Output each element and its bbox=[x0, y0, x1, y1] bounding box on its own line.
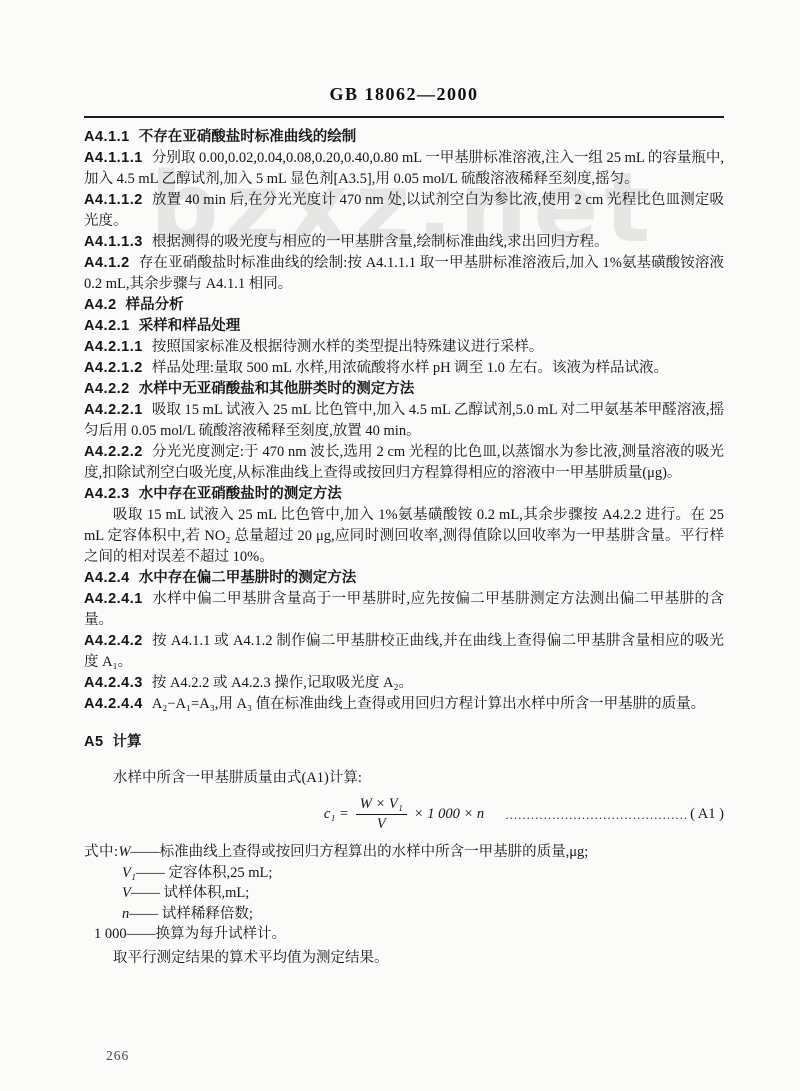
clause-paragraph: A4.2.2.2分光光度测定:于 470 nm 波长,选用 2 cm 光程的比色… bbox=[84, 442, 724, 484]
clause-text: 分别取 0.00,0.02,0.04,0.08,0.20,0.40,0.80 m… bbox=[84, 150, 724, 187]
where-description: ——换算为每升试样计。 bbox=[127, 926, 287, 942]
clause-text: 按照国家标准及根据待测水样的类型提出特殊建议进行采样。 bbox=[152, 339, 544, 355]
calc-intro-text: 水样中所含一甲基肼质量由式(A1)计算: bbox=[84, 768, 724, 789]
where-term: W bbox=[119, 844, 131, 860]
clause-text: A₂−A₁=A₃,用 A₃ 值在标准曲线上查得或用回归方程计算出水样中所含一甲基… bbox=[152, 696, 705, 712]
clause-number: A4.2.2.2 bbox=[84, 444, 143, 460]
formula-expression: c₁ = W × V₁ V × 1 000 × n bbox=[324, 796, 484, 833]
clause-paragraph: A4.2样品分析 bbox=[84, 295, 724, 316]
where-prefix: 式中: bbox=[84, 844, 119, 860]
clause-paragraph: A4.2.2.1吸取 15 mL 试液入 25 mL 比色管中,加入 4.5 m… bbox=[84, 400, 724, 442]
clause-number: A4.1.1.2 bbox=[84, 192, 143, 208]
clause-number: A4.1.1 bbox=[84, 129, 130, 145]
formula-leader-dots: ........................................… bbox=[505, 807, 688, 823]
header-rule bbox=[84, 116, 724, 118]
clause-text: 按 A4.2.2 或 A4.2.3 操作,记取吸光度 A₂。 bbox=[152, 675, 413, 691]
clause-number: A4.2.1.2 bbox=[84, 360, 143, 376]
clause-list: A4.1.1不存在亚硝酸盐时标准曲线的绘制 A4.1.1.1分别取 0.00,0… bbox=[84, 127, 724, 715]
clause-paragraph: A4.2.1采样和样品处理 bbox=[84, 316, 724, 337]
section-a5-heading: A5计算 bbox=[84, 732, 724, 753]
clause-number: A4.2.4 bbox=[84, 570, 130, 586]
clause-number: A4.2.4.2 bbox=[84, 633, 143, 649]
clause-text: 水样中无亚硝酸盐和其他肼类时的测定方法 bbox=[139, 381, 415, 397]
clause-text: 样品处理:量取 500 mL 水样,用浓硫酸将水样 pH 调至 1.0 左右。该… bbox=[152, 360, 668, 376]
clause-paragraph: A4.2.2水样中无亚硝酸盐和其他肼类时的测定方法 bbox=[84, 379, 724, 400]
formula-term-definition: 式中:W——标准曲线上查得或按回归方程算出的水样中所含一甲基肼的质量,μg; bbox=[84, 842, 724, 863]
standard-code-header: GB 18062—2000 bbox=[84, 84, 724, 105]
where-description: —— 试样稀释倍数; bbox=[129, 906, 253, 922]
clause-paragraph: A4.1.1.1分别取 0.00,0.02,0.04,0.08,0.20,0.4… bbox=[84, 148, 724, 190]
clause-paragraph: A4.1.1.2放置 40 min 后,在分光光度计 470 nm 处,以试剂空… bbox=[84, 190, 724, 232]
clause-text: 采样和样品处理 bbox=[139, 318, 241, 334]
section-a5-number: A5 bbox=[84, 734, 104, 750]
section-a5-title: 计算 bbox=[113, 734, 142, 750]
clause-paragraph: A4.2.3水中存在亚硝酸盐时的测定方法 bbox=[84, 484, 724, 505]
formula-lhs: c₁ = bbox=[324, 806, 349, 823]
clause-number: A4.2.4.1 bbox=[84, 591, 143, 607]
formula-term-definition: n—— 试样稀释倍数; bbox=[122, 904, 724, 925]
clause-text: 水中存在亚硝酸盐时的测定方法 bbox=[139, 486, 342, 502]
clause-paragraph: A4.2.4.4A₂−A₁=A₃,用 A₃ 值在标准曲线上查得或用回归方程计算出… bbox=[84, 694, 724, 715]
clause-text: 水中存在偏二甲基肼时的测定方法 bbox=[139, 570, 357, 586]
clause-text: 样品分析 bbox=[126, 297, 184, 313]
where-description: —— 试样体积,mL; bbox=[131, 885, 249, 901]
clause-text: 存在亚硝酸盐时标准曲线的绘制:按 A4.1.1.1 取一甲基肼标准溶液后,加入 … bbox=[84, 255, 724, 292]
clause-text: 吸取 15 mL 试液入 25 mL 比色管中,加入 1%氨基磺酸铵 0.2 m… bbox=[84, 507, 724, 565]
where-description: ——标准曲线上查得或按回归方程算出的水样中所含一甲基肼的质量,μg; bbox=[131, 844, 589, 860]
scanned-standard-page: bzxz.net GB 18062—2000 A4.1.1不存在亚硝酸盐时标准曲… bbox=[0, 0, 800, 1091]
clause-number: A4.2.3 bbox=[84, 486, 130, 502]
clause-paragraph: A4.2.4.2按 A4.1.1 或 A4.1.2 制作偏二甲基肼校正曲线,并在… bbox=[84, 631, 724, 673]
clause-paragraph: A4.1.2存在亚硝酸盐时标准曲线的绘制:按 A4.1.1.1 取一甲基肼标准溶… bbox=[84, 253, 724, 295]
clause-text: 水样中偏二甲基肼含量高于一甲基肼时,应先按偏二甲基肼测定方法测出偏二甲基肼的含量… bbox=[84, 591, 724, 628]
formula-term-definition: V₁—— 定容体积,25 mL; bbox=[122, 863, 724, 884]
clause-number: A4.1.1.1 bbox=[84, 150, 143, 166]
clause-text: 不存在亚硝酸盐时标准曲线的绘制 bbox=[139, 129, 357, 145]
formula-term-definitions: 式中:W——标准曲线上查得或按回归方程算出的水样中所含一甲基肼的质量,μg; V… bbox=[84, 842, 724, 945]
clause-paragraph: A4.2.4.1水样中偏二甲基肼含量高于一甲基肼时,应先按偏二甲基肼测定方法测出… bbox=[84, 589, 724, 631]
formula-label: ( A1 ) bbox=[688, 806, 724, 823]
clause-text: 分光光度测定:于 470 nm 波长,选用 2 cm 光程的比色皿,以蒸馏水为参… bbox=[84, 444, 724, 481]
clause-text: 吸取 15 mL 试液入 25 mL 比色管中,加入 4.5 mL 乙醇试剂,5… bbox=[84, 402, 724, 439]
formula-leader: ........................................… bbox=[484, 806, 724, 823]
formula-numerator: W × V₁ bbox=[356, 796, 407, 815]
clause-number: A4.2.1.1 bbox=[84, 339, 143, 355]
clause-paragraph: A4.2.4水中存在偏二甲基肼时的测定方法 bbox=[84, 568, 724, 589]
where-term: 1 000 bbox=[94, 926, 127, 942]
clause-number: A4.2.4.3 bbox=[84, 675, 143, 691]
formula-fraction: W × V₁ V bbox=[356, 796, 407, 833]
clause-number: A4.2.1 bbox=[84, 318, 130, 334]
where-description: —— 定容体积,25 mL; bbox=[136, 865, 273, 881]
clause-paragraph: A4.1.1不存在亚硝酸盐时标准曲线的绘制 bbox=[84, 127, 724, 148]
clause-number: A4.2.4.4 bbox=[84, 696, 143, 712]
content-column: GB 18062—2000 A4.1.1不存在亚硝酸盐时标准曲线的绘制 A4.1… bbox=[84, 84, 724, 969]
clause-paragraph: A4.2.1.2样品处理:量取 500 mL 水样,用浓硫酸将水样 pH 调至 … bbox=[84, 358, 724, 379]
clause-number: A4.2.2.1 bbox=[84, 402, 143, 418]
clause-number: A4.1.1.3 bbox=[84, 234, 143, 250]
clause-number: A4.2.2 bbox=[84, 381, 130, 397]
clause-number: A4.1.2 bbox=[84, 255, 130, 271]
clause-text: 按 A4.1.1 或 A4.1.2 制作偏二甲基肼校正曲线,并在曲线上查得偏二甲… bbox=[84, 633, 724, 670]
where-term: V₁ bbox=[122, 865, 136, 881]
clause-paragraph: A4.2.4.3按 A4.2.2 或 A4.2.3 操作,记取吸光度 A₂。 bbox=[84, 673, 724, 694]
formula-a1: c₁ = W × V₁ V × 1 000 × n ..............… bbox=[84, 796, 724, 833]
clause-text: 根据测得的吸光度与相应的一甲基肼含量,绘制标准曲线,求出回归方程。 bbox=[152, 234, 609, 250]
page-number: 266 bbox=[106, 1048, 129, 1064]
closing-note: 取平行测定结果的算术平均值为测定结果。 bbox=[84, 948, 724, 969]
formula-term-definition: 1 000——换算为每升试样计。 bbox=[94, 924, 724, 945]
formula-term-definition: V—— 试样体积,mL; bbox=[122, 883, 724, 904]
formula-rhs: × 1 000 × n bbox=[414, 806, 484, 823]
clause-paragraph: A4.2.1.1按照国家标准及根据待测水样的类型提出特殊建议进行采样。 bbox=[84, 337, 724, 358]
clause-paragraph: A4.1.1.3根据测得的吸光度与相应的一甲基肼含量,绘制标准曲线,求出回归方程… bbox=[84, 232, 724, 253]
clause-paragraph: 吸取 15 mL 试液入 25 mL 比色管中,加入 1%氨基磺酸铵 0.2 m… bbox=[84, 505, 724, 568]
clause-text: 放置 40 min 后,在分光光度计 470 nm 处,以试剂空白为参比液,使用… bbox=[84, 192, 724, 229]
where-term: V bbox=[122, 885, 131, 901]
clause-number: A4.2 bbox=[84, 297, 117, 313]
formula-denominator: V bbox=[377, 815, 386, 833]
